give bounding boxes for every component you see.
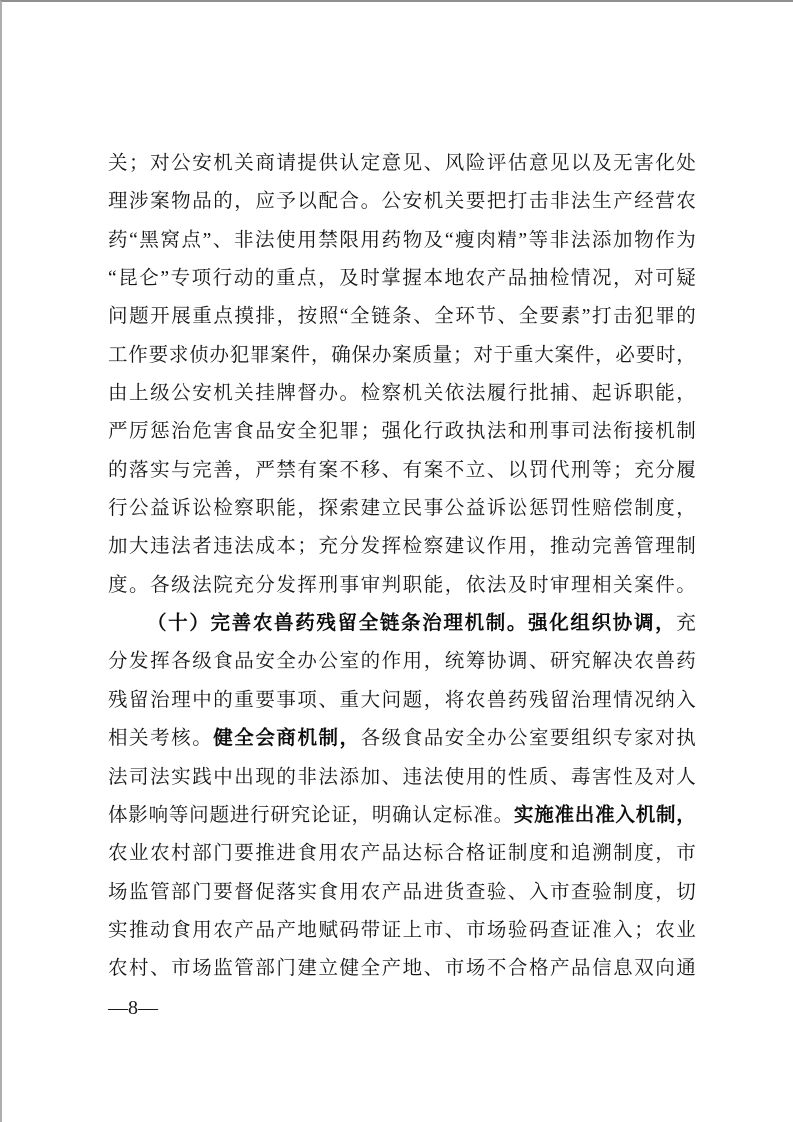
text-run: 分发挥各级食品安全办公室的作用，统筹协调、研究解决农兽药	[108, 651, 696, 672]
text-run: 的落实与完善，严禁有案不移、有案不立、以罚代刑等；充分履	[108, 460, 696, 481]
emphasis-run: 健全会商机制，	[213, 728, 360, 749]
text-run: 残留治理中的重要事项、重大问题，将农兽药残留治理情况纳入	[108, 690, 696, 711]
text-line: “昆仑”专项行动的重点，及时掌握本地农产品抽检情况，对可疑	[108, 260, 696, 298]
text-line: 相关考核。健全会商机制，各级食品安全办公室要组织专家对执	[108, 720, 696, 758]
section-heading-run: （十）完善农兽药残留全链条治理机制。强化组织协调，	[147, 613, 676, 634]
text-line: 严厉惩治危害食品安全犯罪；强化行政执法和刑事司法衔接机制	[108, 413, 696, 451]
text-line: 法司法实践中出现的非法添加、违法使用的性质、毒害性及对人	[108, 759, 696, 797]
text-line: 理涉案物品的，应予以配合。公安机关要把打击非法生产经营农	[108, 183, 696, 221]
text-run: “昆仑”专项行动的重点，及时掌握本地农产品抽检情况，对可疑	[108, 268, 696, 289]
text-run: 体影响等问题进行研究论证，明确认定标准。	[108, 805, 514, 826]
text-line: 药“黑窝点”、非法使用禁限用药物及“瘦肉精”等非法添加物作为	[108, 222, 696, 260]
text-run: 各级食品安全办公室要组织专家对执	[361, 728, 696, 749]
document-page: 关；对公安机关商请提供认定意见、风险评估意见以及无害化处 理涉案物品的，应予以配…	[0, 0, 793, 1122]
text-line: 实推动食用农产品产地赋码带证上市、市场验码查证准入；农业	[108, 912, 696, 950]
text-line: 由上级公安机关挂牌督办。检察机关依法履行批捕、起诉职能，	[108, 375, 696, 413]
text-run: 理涉案物品的，应予以配合。公安机关要把打击非法生产经营农	[108, 191, 696, 212]
text-run: 实推动食用农产品产地赋码带证上市、市场验码查证准入；农业	[108, 920, 696, 941]
text-run: 行公益诉讼检察职能，探索建立民事公益诉讼惩罚性赔偿制度，	[108, 498, 696, 519]
text-run: 药“黑窝点”、非法使用禁限用药物及“瘦肉精”等非法添加物作为	[108, 230, 696, 251]
emphasis-run: 实施准出准入机制，	[514, 805, 696, 826]
text-run: 度。各级法院充分发挥刑事审判职能，依法及时审理相关案件。	[108, 575, 696, 596]
text-run: 加大违法者违法成本；充分发挥检察建议作用，推动完善管理制	[108, 536, 696, 557]
text-line: 体影响等问题进行研究论证，明确认定标准。实施准出准入机制，	[108, 797, 696, 835]
text-run: 农村、市场监管部门建立健全产地、市场不合格产品信息双向通	[108, 958, 696, 979]
text-run: 问题开展重点摸排，按照“全链条、全环节、全要素”打击犯罪的	[108, 306, 696, 327]
page-number: —8—	[108, 996, 158, 1020]
text-run: 关；对公安机关商请提供认定意见、风险评估意见以及无害化处	[108, 153, 696, 174]
text-line: 的落实与完善，严禁有案不移、有案不立、以罚代刑等；充分履	[108, 452, 696, 490]
text-run: 法司法实践中出现的非法添加、违法使用的性质、毒害性及对人	[108, 767, 696, 788]
text-line: 行公益诉讼检察职能，探索建立民事公益诉讼惩罚性赔偿制度，	[108, 490, 696, 528]
text-line: 农村、市场监管部门建立健全产地、市场不合格产品信息双向通	[108, 950, 696, 988]
text-line: 场监管部门要督促落实食用农产品进货查验、入市查验制度，切	[108, 874, 696, 912]
text-line: 残留治理中的重要事项、重大问题，将农兽药残留治理情况纳入	[108, 682, 696, 720]
text-line: 工作要求侦办犯罪案件，确保办案质量；对于重大案件，必要时，	[108, 337, 696, 375]
text-line: 度。各级法院充分发挥刑事审判职能，依法及时审理相关案件。	[108, 567, 696, 605]
text-run: 农业农村部门要推进食用农产品达标合格证制度和追溯制度，市	[108, 843, 696, 864]
text-run: 充	[676, 613, 696, 634]
text-line: 加大违法者违法成本；充分发挥检察建议作用，推动完善管理制	[108, 528, 696, 566]
text-line: 农业农村部门要推进食用农产品达标合格证制度和追溯制度，市	[108, 835, 696, 873]
text-run: 工作要求侦办犯罪案件，确保办案质量；对于重大案件，必要时，	[108, 345, 696, 366]
text-run: 相关考核。	[108, 728, 213, 749]
text-line: 分发挥各级食品安全办公室的作用，统筹协调、研究解决农兽药	[108, 643, 696, 681]
text-block: 关；对公安机关商请提供认定意见、风险评估意见以及无害化处 理涉案物品的，应予以配…	[108, 145, 696, 989]
text-run: 场监管部门要督促落实食用农产品进货查验、入市查验制度，切	[108, 882, 696, 903]
text-run: 由上级公安机关挂牌督办。检察机关依法履行批捕、起诉职能，	[108, 383, 696, 404]
text-line-section-heading: （十）完善农兽药残留全链条治理机制。强化组织协调，充	[108, 605, 696, 643]
text-run: 严厉惩治危害食品安全犯罪；强化行政执法和刑事司法衔接机制	[108, 421, 696, 442]
text-line: 问题开展重点摸排，按照“全链条、全环节、全要素”打击犯罪的	[108, 298, 696, 336]
text-line: 关；对公安机关商请提供认定意见、风险评估意见以及无害化处	[108, 145, 696, 183]
